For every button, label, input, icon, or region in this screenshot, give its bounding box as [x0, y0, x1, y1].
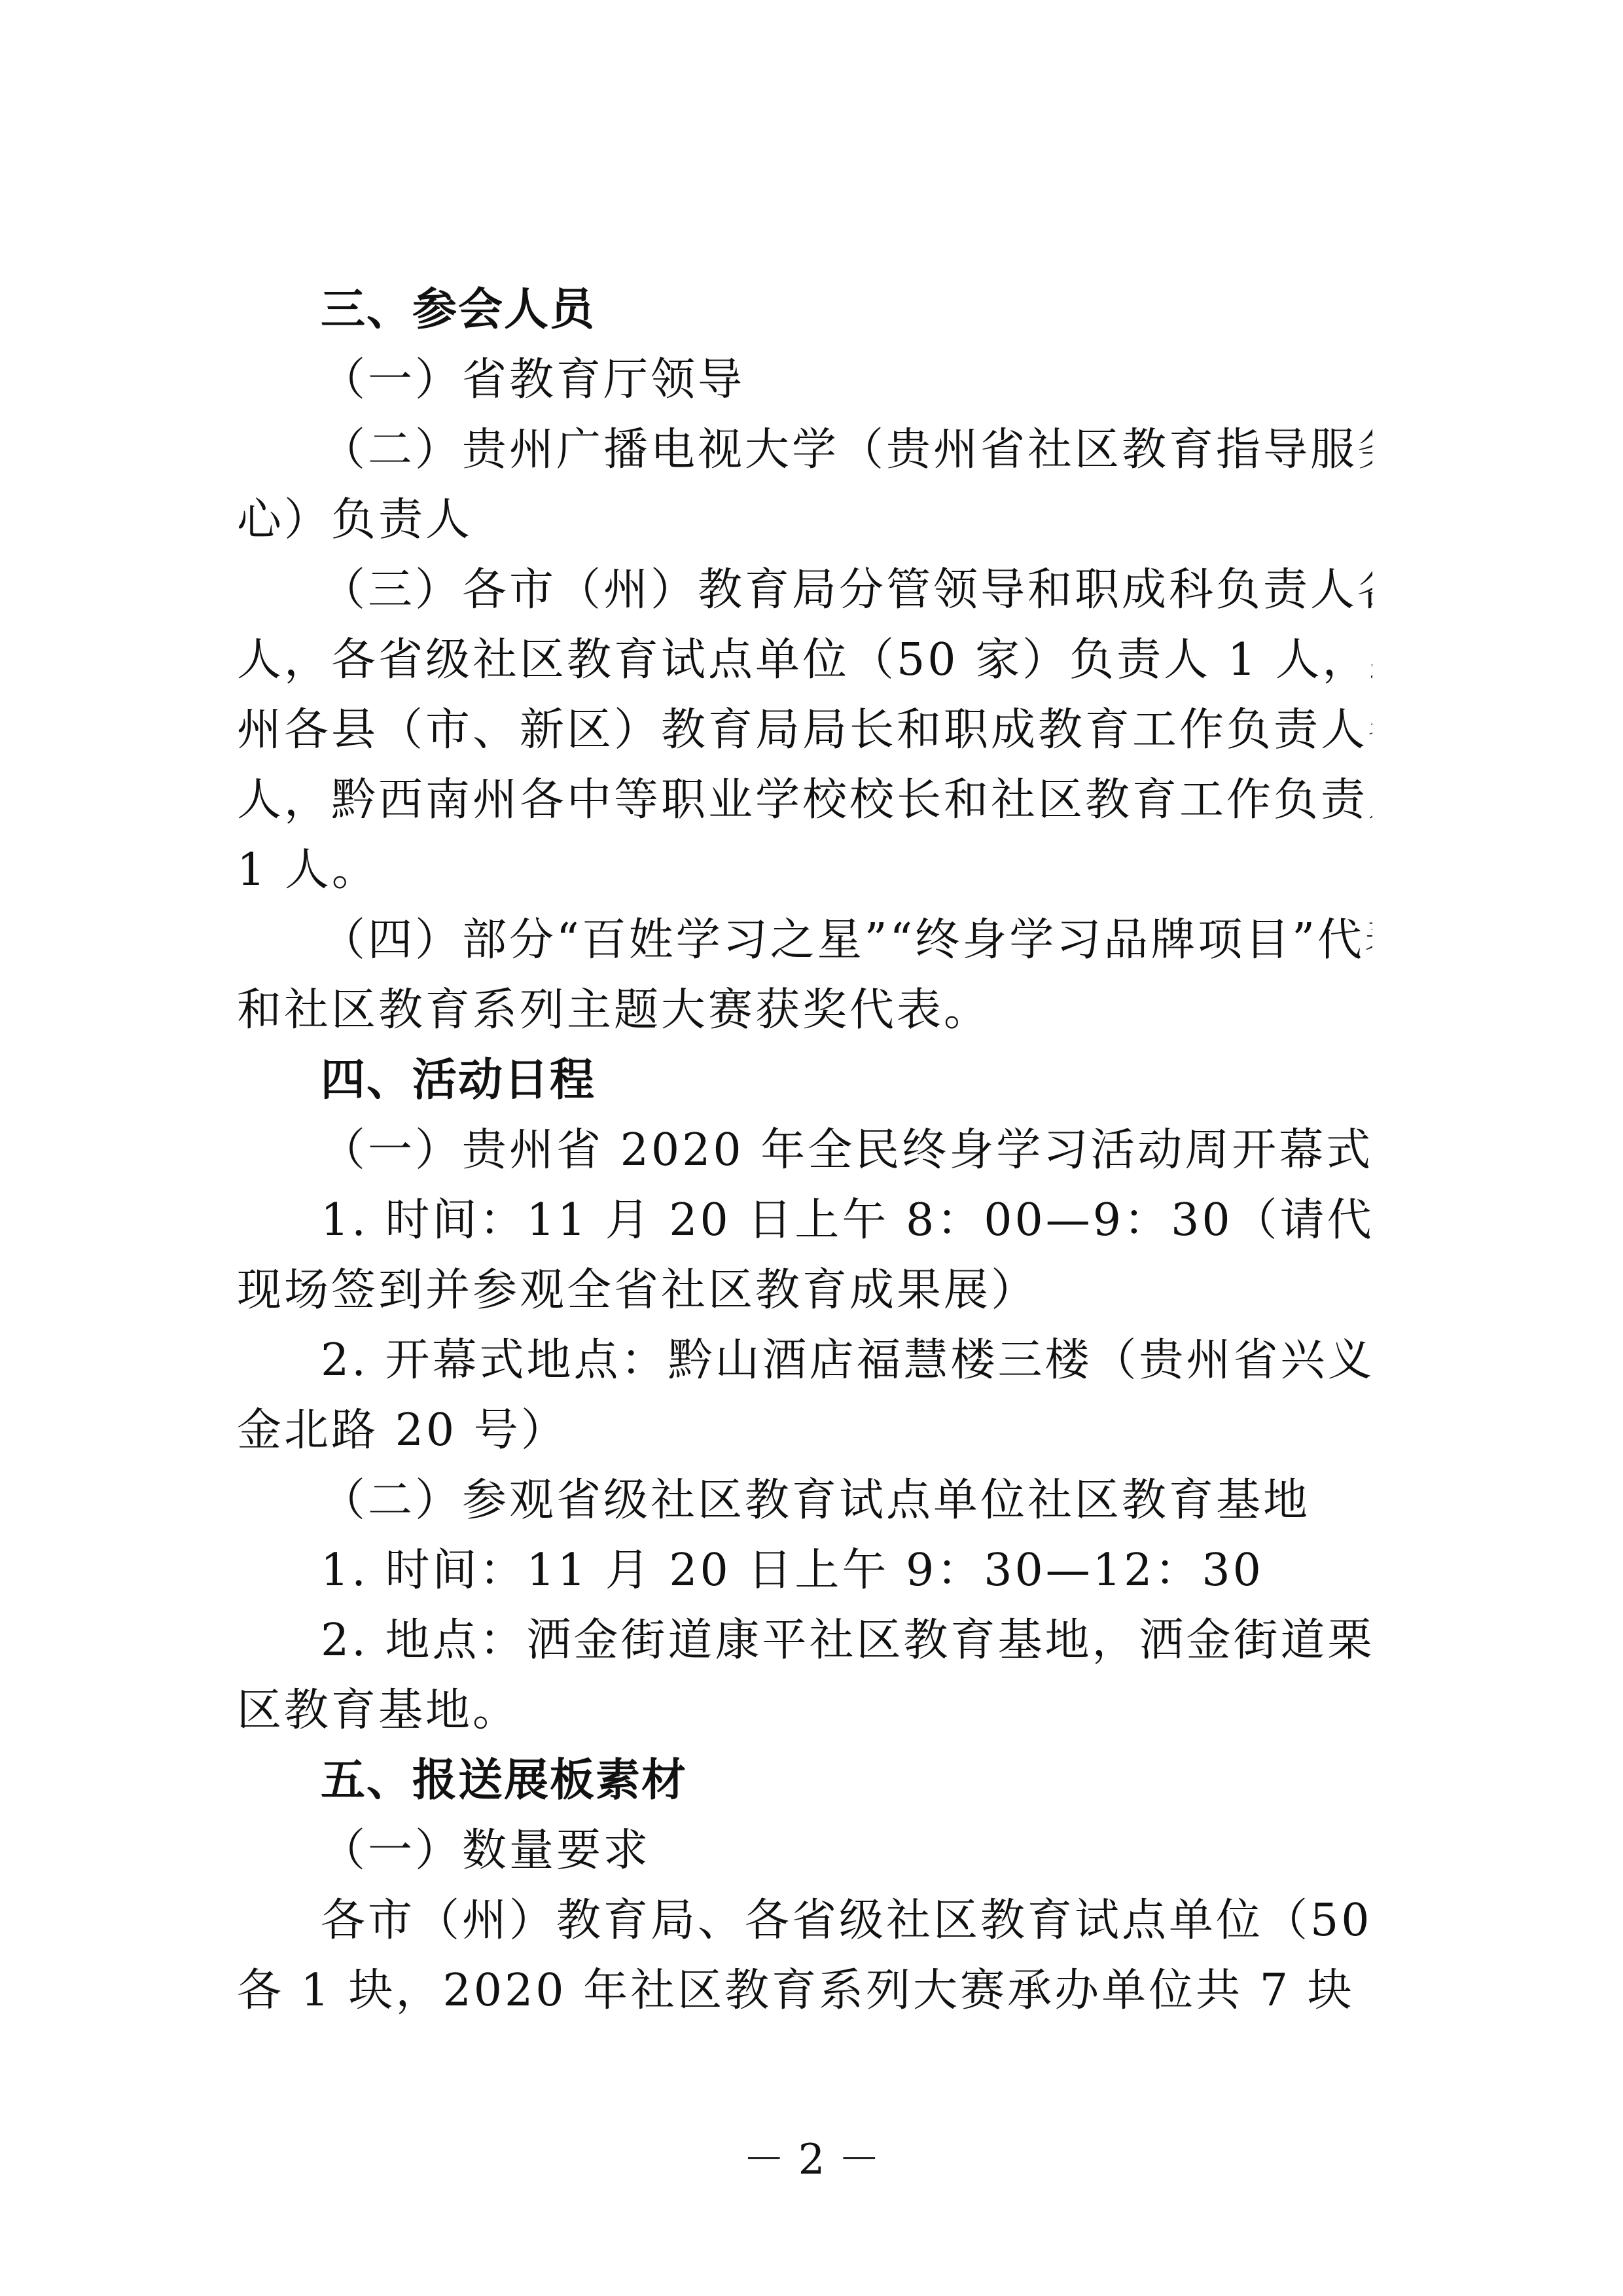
paragraph-line: （三）各市（州）教育局分管领导和职成科负责人各 1 — [237, 555, 1372, 625]
paragraph-line: 各市（州）教育局、各省级社区教育试点单位（50 家） — [237, 1886, 1372, 1956]
paragraph-line: 州各县（市、新区）教育局局长和职成教育工作负责人各 1 — [237, 695, 1372, 765]
paragraph-line: 1 人。 — [237, 835, 1372, 905]
page-number: － 2 － — [0, 2126, 1623, 2186]
paragraph-line: 1. 时间：11 月 20 日上午 9：30—12：30 — [237, 1535, 1372, 1605]
paragraph-line: 2. 地点：洒金街道康平社区教育基地，洒金街道栗坪社 — [237, 1605, 1372, 1676]
paragraph-line: 1. 时间：11 月 20 日上午 8：00—9：30（请代表 8：00—8：3… — [237, 1185, 1372, 1255]
paragraph-line: （四）部分“百姓学习之星”“终身学习品牌项目”代表 — [237, 905, 1372, 975]
section-heading-display-materials: 五、报送展板素材 — [237, 1746, 1372, 1816]
section-heading-attendees: 三、参会人员 — [237, 275, 1372, 345]
paragraph-line: 2. 开幕式地点：黔山酒店福慧楼三楼（贵州省兴义市瑞 — [237, 1325, 1372, 1395]
paragraph-line: 心）负责人 — [237, 485, 1372, 555]
paragraph-line: （一）贵州省 2020 年全民终身学习活动周开幕式 — [237, 1115, 1372, 1185]
paragraph-line: 人，各省级社区教育试点单位（50 家）负责人 1 人，黔西南 — [237, 625, 1372, 695]
paragraph-line: （二）贵州广播电视大学（贵州省社区教育指导服务中 — [237, 415, 1372, 485]
document-page: 三、参会人员 （一）省教育厅领导 （二）贵州广播电视大学（贵州省社区教育指导服务… — [237, 275, 1372, 2026]
paragraph-line: 人，黔西南州各中等职业学校校长和社区教育工作负责人各 — [237, 765, 1372, 835]
paragraph-line: （一）省教育厅领导 — [237, 345, 1372, 415]
paragraph-line: （一）数量要求 — [237, 1816, 1372, 1886]
paragraph-line: 和社区教育系列主题大赛获奖代表。 — [237, 975, 1372, 1045]
section-heading-schedule: 四、活动日程 — [237, 1045, 1372, 1115]
paragraph-line: 各 1 块，2020 年社区教育系列大赛承办单位共 7 块（诗词作 — [237, 1956, 1372, 2026]
paragraph-line: （二）参观省级社区教育试点单位社区教育基地 — [237, 1465, 1372, 1535]
paragraph-line: 区教育基地。 — [237, 1676, 1372, 1746]
paragraph-line: 金北路 20 号） — [237, 1395, 1372, 1465]
paragraph-line: 现场签到并参观全省社区教育成果展） — [237, 1255, 1372, 1325]
